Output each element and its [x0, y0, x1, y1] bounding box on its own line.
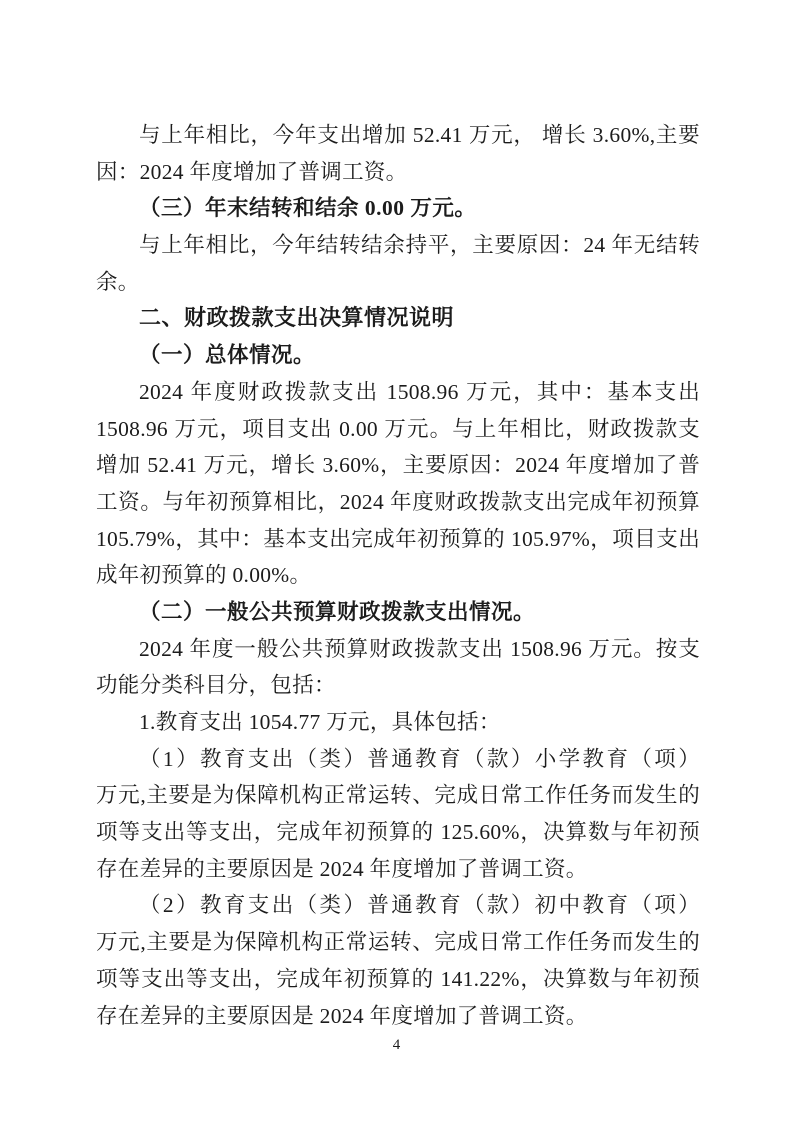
- paragraph-line: 105.79%，其中：基本支出完成年初预算的 105.97%，项目支出完: [96, 521, 700, 558]
- paragraph-line: 增加 52.41 万元，增长 3.60%，主要原因：2024 年度增加了普调: [96, 447, 700, 484]
- paragraph-line: 因：2024 年度增加了普调工资。: [96, 154, 700, 191]
- paragraph-line: 工资。与年初预算相比，2024 年度财政拨款支出完成年初预算的: [96, 484, 700, 521]
- paragraph-line: （2）教育支出（类）普通教育（款）初中教育（项）525.55: [96, 887, 700, 924]
- heading-line: （一）总体情况。: [96, 337, 700, 374]
- document-body: 与上年相比，今年支出增加 52.41 万元， 增长 3.60%,主要原因：202…: [96, 117, 700, 1034]
- paragraph-line: 项等支出等支出，完成年初预算的 125.60%，决算数与年初预算数: [96, 814, 700, 851]
- paragraph-line: （1）教育支出（类）普通教育（款）小学教育（项）529.22: [96, 741, 700, 778]
- paragraph-line: 万元,主要是为保障机构正常运转、完成日常工作任务而发生的各: [96, 777, 700, 814]
- heading-line: （三）年末结转和结余 0.00 万元。: [96, 190, 700, 227]
- page: { "theme": { "text_color": "#1c1c1c", "b…: [0, 0, 793, 1122]
- paragraph-line: 1.教育支出 1054.77 万元，具体包括：: [96, 704, 700, 741]
- paragraph-line: 成年初预算的 0.00%。: [96, 557, 700, 594]
- paragraph-line: 2024 年度财政拨款支出 1508.96 万元，其中：基本支出: [96, 374, 700, 411]
- document-page: 与上年相比，今年支出增加 52.41 万元， 增长 3.60%,主要原因：202…: [0, 0, 793, 1122]
- heading-line: （二）一般公共预算财政拨款支出情况。: [96, 594, 700, 631]
- paragraph-line: 与上年相比，今年结转结余持平，主要原因：24 年无结转结: [96, 227, 700, 264]
- paragraph-line: 功能分类科目分，包括：: [96, 667, 700, 704]
- paragraph-line: 存在差异的主要原因是 2024 年度增加了普调工资。: [96, 998, 700, 1035]
- paragraph-line: 2024 年度一般公共预算财政拨款支出 1508.96 万元。按支出: [96, 631, 700, 668]
- page-number: 4: [393, 1037, 401, 1053]
- paragraph-line: 余。: [96, 264, 700, 301]
- paragraph-line: 万元,主要是为保障机构正常运转、完成日常工作任务而发生的各: [96, 924, 700, 961]
- paragraph-line: 1508.96 万元，项目支出 0.00 万元。与上年相比，财政拨款支出: [96, 411, 700, 448]
- heading-line: 二、财政拨款支出决算情况说明: [96, 300, 700, 337]
- paragraph-line: 项等支出等支出，完成年初预算的 141.22%，决算数与年初预算数: [96, 961, 700, 998]
- paragraph-line: 与上年相比，今年支出增加 52.41 万元， 增长 3.60%,主要原: [96, 117, 700, 154]
- page-footer: 4: [0, 1036, 793, 1054]
- paragraph-line: 存在差异的主要原因是 2024 年度增加了普调工资。: [96, 851, 700, 888]
